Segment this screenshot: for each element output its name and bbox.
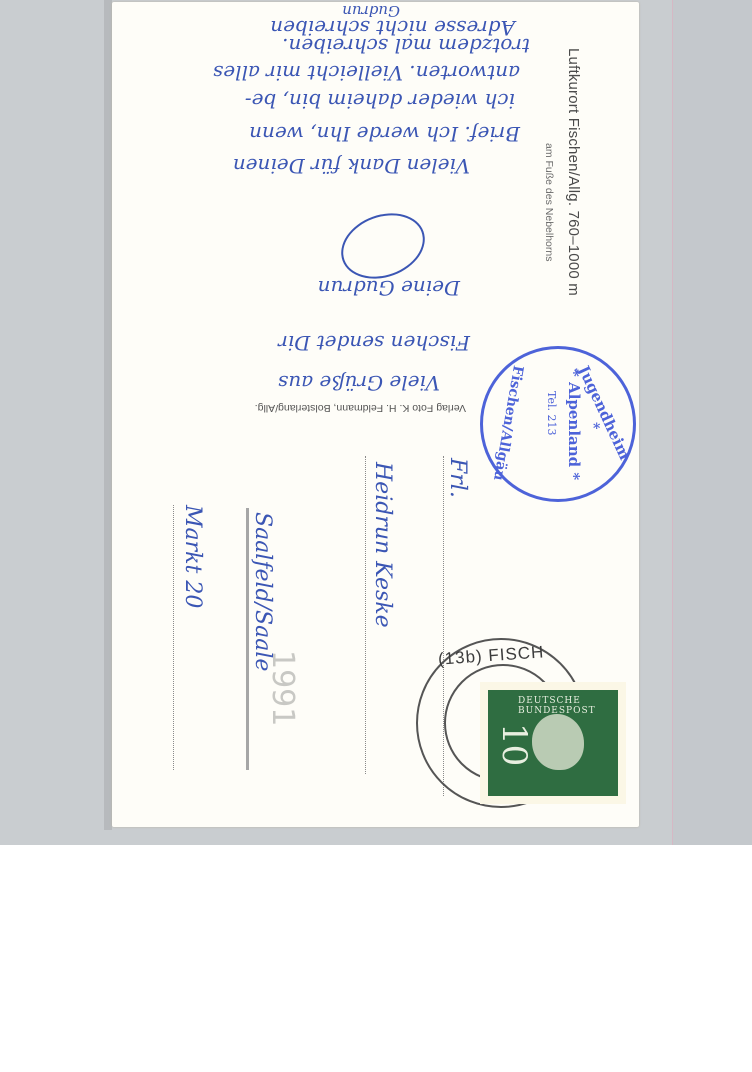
message-line: Deine Gudrun: [318, 276, 460, 300]
stamp-star: *: [593, 421, 600, 437]
address-line-rule: [365, 456, 366, 774]
address-street: Markt 20: [180, 505, 205, 608]
scan-margin-strip: [672, 0, 752, 845]
stamp-text-phone: Tel. 213: [545, 391, 558, 436]
message-line: Brief. Ich werde Ihn, wenn: [249, 122, 520, 146]
address-city: Saalfeld/Saale: [250, 512, 275, 671]
address-line-rule: [173, 505, 174, 770]
postage-country: DEUTSCHE BUNDESPOST: [518, 696, 618, 716]
address-line-rule: [246, 508, 249, 770]
message-signature: Gudrun: [342, 2, 400, 20]
message-line: Fischen sendet Dir: [278, 331, 470, 355]
stamp-text-name: * Alpenland *: [565, 369, 583, 480]
printed-title: Luftkurort Fischen/Allg. 760–1000 m: [565, 48, 582, 296]
publisher-credit: Verlag Foto K. H. Feldmann, Bolsterlang/…: [255, 402, 466, 414]
address-name: Heidrun Keske: [370, 462, 395, 628]
message-line: Viele Grüße aus: [278, 371, 440, 395]
pencil-note: 1991: [265, 650, 300, 726]
card-edge: [104, 0, 112, 830]
postage-stamp: 10 DEUTSCHE BUNDESPOST: [480, 682, 626, 804]
address-salutation: Frl.: [445, 458, 470, 498]
printed-subtitle: am Fuße des Nebelhorns: [543, 143, 555, 261]
postage-stamp-face: 10 DEUTSCHE BUNDESPOST: [488, 690, 618, 796]
rubber-stamp: Jugendheim * Alpenland * Tel. 213 Fische…: [480, 346, 636, 502]
portrait-icon: [532, 714, 584, 770]
message-line: ich wieder daheim bin, be-: [245, 89, 515, 113]
message-line: antworten. Vielleicht mir alles: [213, 61, 520, 85]
postage-denomination: 10: [494, 723, 534, 766]
stamp-text-place: Fischen/Allgäu: [490, 364, 526, 482]
message-line: Vielen Dank für Deinen: [233, 154, 470, 178]
